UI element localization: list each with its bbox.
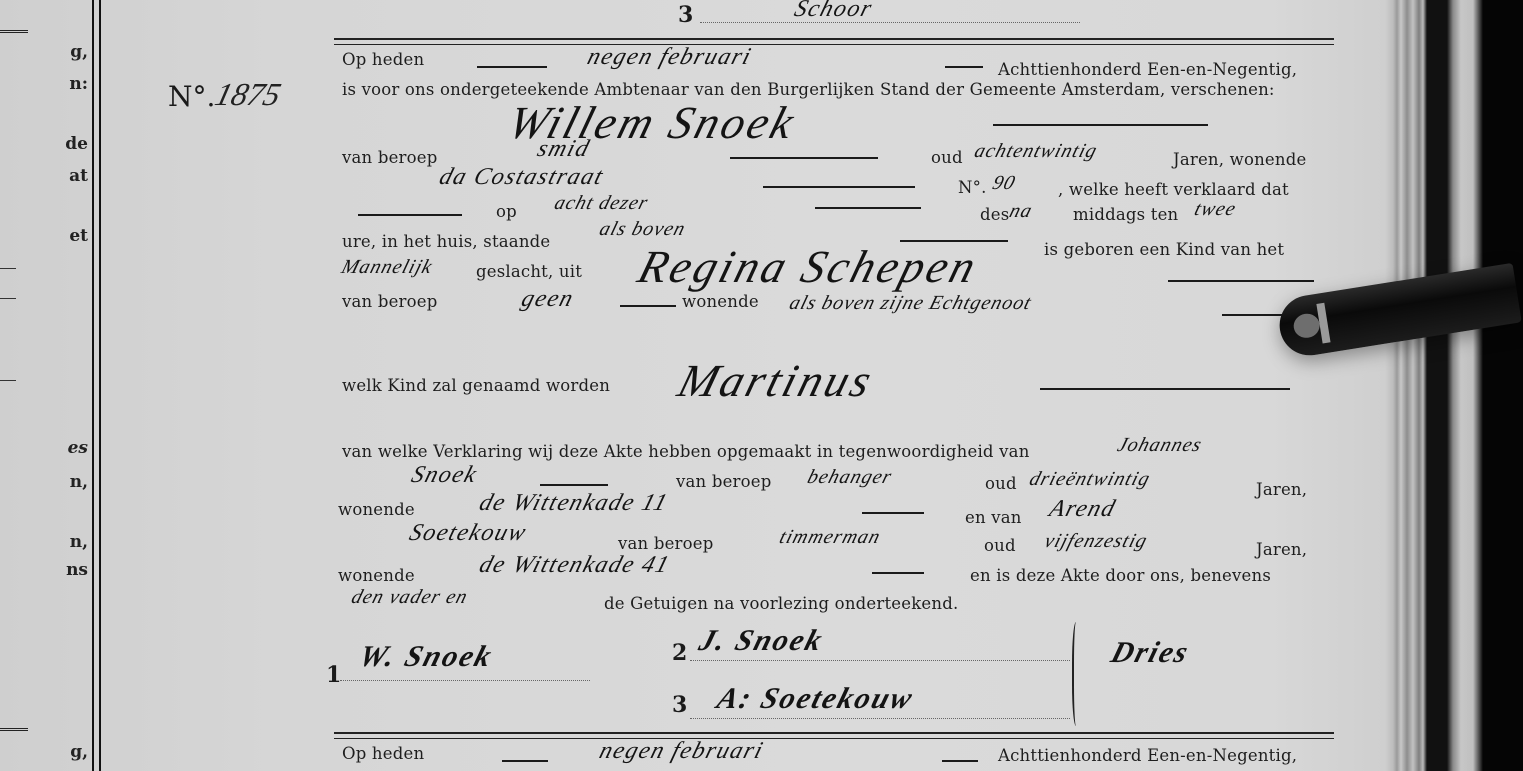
next-year: Achttienhonderd Een-en-Negentig,: [998, 746, 1297, 765]
den-vader: den vader en: [349, 586, 471, 609]
printed-ure-huis: ure, in het huis, staande: [342, 232, 550, 251]
signature-number-1: 1: [326, 662, 341, 688]
mother-name: Regina Schepen: [632, 240, 984, 293]
printed-welke-heeft: , welke heeft verklaard dat: [1058, 180, 1289, 199]
child-name: Martinus: [672, 354, 880, 407]
register-page: g, n: de at et es n, n, ns g, 3 Schoor N…: [0, 0, 1410, 771]
fragment-text: n,: [70, 472, 88, 492]
official-signature: Dries: [1107, 636, 1193, 670]
printed-preamble: is voor ons ondergeteekende Ambtenaar va…: [342, 80, 1275, 99]
printed-w1-oud: oud: [985, 474, 1017, 493]
printed-oud: oud: [931, 148, 963, 167]
printed-verklaring: van welke Verklaring wij deze Akte hebbe…: [342, 442, 1030, 461]
fragment-text: et: [69, 226, 88, 246]
witness1-first-name: Johannes: [1115, 434, 1205, 457]
declarant-address: da Costastraat: [436, 164, 607, 191]
witness2-occupation: timmerman: [777, 526, 884, 549]
printed-w1-jaren: Jaren,: [1256, 480, 1307, 499]
birth-registration-date: negen februari: [584, 44, 755, 71]
book-binding: [1385, 0, 1523, 771]
witness1-occupation: behanger: [805, 466, 895, 489]
pen-ring: [1316, 303, 1330, 344]
signature-witness2: A: Soetekouw: [713, 682, 918, 716]
printed-no: N°.: [958, 178, 987, 197]
fragment-text: es: [68, 438, 88, 458]
birth-place: als boven: [597, 218, 689, 241]
prev-witness-number: 3: [678, 2, 693, 28]
next-op-heden: Op heden: [342, 744, 424, 763]
entry-separator: [334, 38, 1334, 45]
witness2-age: vijfenzestig: [1042, 530, 1151, 553]
printed-w2-beroep: van beroep: [618, 534, 714, 553]
printed-getuigen: de Getuigen na voorlezing onderteekend.: [604, 594, 958, 613]
printed-jaren-wonende: Jaren, wonende: [1173, 150, 1306, 169]
fragment-text: n:: [69, 74, 88, 94]
column-divider: [92, 0, 101, 771]
printed-mother-beroep: van beroep: [342, 292, 438, 311]
printed-w2-oud: oud: [984, 536, 1016, 555]
des-suffix: na: [1007, 200, 1036, 223]
fragment-text: n,: [70, 532, 88, 552]
witness1-address: de Wittenkade 11: [476, 490, 671, 517]
fragment-rule: [0, 30, 28, 33]
signature-number-3: 3: [672, 692, 687, 718]
prev-witness-signature: Schoor: [791, 0, 876, 23]
entry-number: 1875: [211, 76, 284, 113]
printed-geslacht-uit: geslacht, uit: [476, 262, 582, 281]
signature-brace: [1072, 622, 1082, 726]
witness2-last-name: Soetekouw: [406, 520, 530, 547]
signature-number-2: 2: [672, 640, 687, 666]
printed-van-beroep: van beroep: [342, 148, 438, 167]
birth-day: acht dezer: [552, 192, 651, 215]
child-sex: Mannelijk: [339, 256, 436, 279]
printed-w2-jaren: Jaren,: [1256, 540, 1307, 559]
pen-tip-icon: [1292, 312, 1321, 340]
declarant-occupation: smid: [534, 136, 593, 163]
mother-address: als boven zijne Echtgenoot: [787, 292, 1035, 315]
witness2-first-name: Arend: [1046, 496, 1119, 523]
entry-number-label: N°.: [168, 80, 215, 113]
printed-is-geboren: is geboren een Kind van het: [1044, 240, 1284, 259]
witness1-age: drieëntwintig: [1027, 468, 1153, 491]
printed-w2-wonende: wonende: [338, 566, 415, 585]
next-entry-date: negen februari: [596, 738, 767, 765]
printed-year: Achttienhonderd Een-en-Negentig,: [998, 60, 1297, 79]
declarant-age: achtentwintig: [972, 140, 1100, 163]
fragment-text: ns: [66, 560, 88, 580]
printed-wonende: wonende: [682, 292, 759, 311]
birth-hour: twee: [1192, 198, 1239, 221]
printed-w1-beroep: van beroep: [676, 472, 772, 491]
signature-witness1: J. Snoek: [695, 624, 827, 658]
fragment-text: g,: [70, 42, 88, 62]
left-page-fragment: g, n: de at et es n, n, ns g,: [0, 0, 92, 771]
fragment-text: g,: [70, 742, 88, 762]
fragment-text: de: [65, 134, 88, 154]
entry-separator: [334, 732, 1334, 739]
house-number: 90: [990, 172, 1019, 195]
signature-father: W. Snoek: [355, 640, 497, 674]
mother-occupation: geen: [518, 286, 577, 313]
witness1-last-name: Snoek: [408, 462, 481, 489]
printed-op-heden: Op heden: [342, 50, 424, 69]
printed-middags-ten: middags ten: [1073, 205, 1178, 224]
fragment-text: at: [69, 166, 88, 186]
printed-welk-kind: welk Kind zal genaamd worden: [342, 376, 610, 395]
printed-w1-wonende: wonende: [338, 500, 415, 519]
printed-op: op: [496, 202, 517, 221]
fragment-rule: [0, 728, 28, 731]
printed-en-is-deze: en is deze Akte door ons, benevens: [970, 566, 1271, 585]
printed-en-van: en van: [965, 508, 1022, 527]
witness2-address: de Wittenkade 41: [476, 552, 673, 579]
printed-des: des: [980, 205, 1009, 224]
